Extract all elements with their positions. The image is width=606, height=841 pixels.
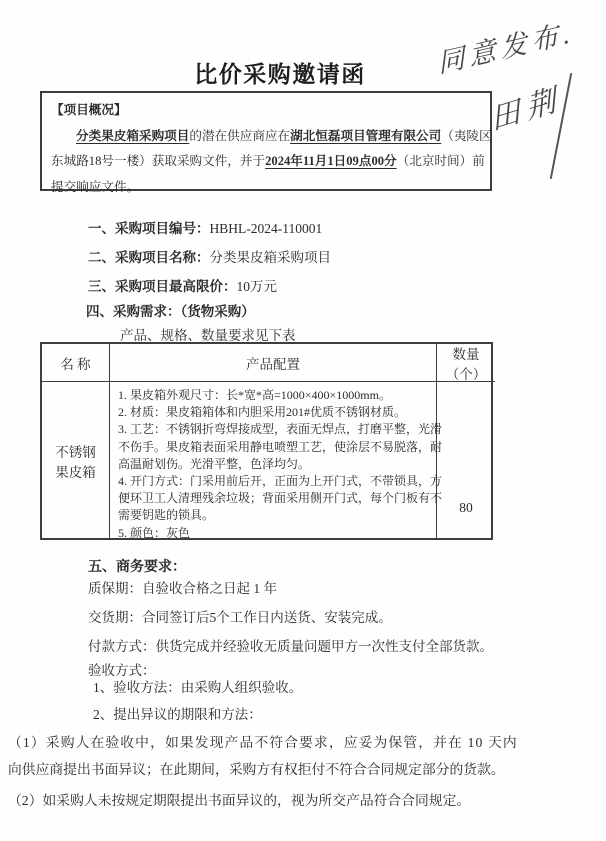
header-qty-line1: 数量 (453, 343, 480, 363)
item-price-limit: 三、采购项目最高限价：10万元 (88, 275, 277, 295)
quantity-value: 80 (459, 500, 473, 516)
acceptance-method-line: 1、验收方法：由采购人组织验收。 (93, 676, 302, 696)
objection-heading: 2、提出异议的期限和方法： (93, 703, 262, 723)
objection-line-1: （1）采购人在验收中，如果发现产品不符合要求，应妥为保管，并在 10 天内 (8, 731, 518, 751)
row-config-cell: 1. 果皮箱外观尺寸：长*宽*高=1000×400×1000mm。 2. 材质：… (110, 382, 437, 540)
header-name: 名 称 (42, 344, 110, 382)
header-name-text: 名 称 (60, 353, 90, 373)
objection-line-3: （2）如采购人未按规定期限提出书面异议的，视为所交产品符合合同规定。 (8, 789, 470, 809)
item-table-note: 产品、规格、数量要求见下表 (120, 324, 296, 344)
project-name-underlined: 分类果皮箱采购项目 (76, 129, 189, 143)
header-qty-line2: （个） (446, 363, 487, 383)
item-project-number: 一、采购项目编号：HBHL-2024-110001 (88, 217, 322, 237)
warranty-line: 质保期：自验收合格之日起 1 年 (88, 577, 277, 597)
item-project-name: 二、采购项目名称：分类果皮箱采购项目 (88, 246, 331, 266)
agency-name-underlined: 湖北恒磊项目管理有限公司 (290, 129, 441, 143)
config-line: 高温耐划伤。光滑平整，色泽均匀。 (118, 456, 310, 473)
delivery-line: 交货期：合同签订后5个工作日内送货、安装完成。 (88, 606, 392, 626)
config-line: 需要钥匙的锁具。 (118, 507, 214, 524)
spec-table: 名 称 产品配置 数量 （个） 不锈钢 果皮箱 1. 果皮箱外观尺寸：长*宽*高… (40, 342, 493, 540)
project-overview-box: 【项目概况】 分类果皮箱采购项目的潜在供应商应在湖北恒磊项目管理有限公司（夷陵区… (40, 91, 492, 191)
overview-text: 的潜在供应商应在 (189, 129, 290, 143)
overview-line-3: 提交响应文件。 (51, 175, 481, 201)
header-config: 产品配置 (110, 344, 437, 382)
product-name-line2: 果皮箱 (55, 461, 96, 481)
item-label: 三、采购项目最高限价： (88, 279, 237, 294)
payment-line: 付款方式：供货完成并经验收无质量问题甲方一次性支付全部货款。 (88, 635, 493, 655)
header-config-text: 产品配置 (246, 353, 300, 373)
overview-line-2: 东城路18号一楼）获取采购文件，并于2024年11月1日09点00分（北京时间）… (51, 149, 481, 175)
product-name-line1: 不锈钢 (55, 441, 96, 461)
overview-text: 东城路18号一楼）获取采购文件，并于 (51, 154, 265, 168)
config-line: 5. 颜色：灰色 (118, 525, 190, 542)
overview-text: （夷陵区 (441, 129, 491, 143)
overview-heading: 【项目概况】 (51, 98, 481, 124)
config-line: 4. 开门方式：门采用前后开，正面为上开门式，不带锁具，方 (118, 473, 442, 490)
document-page: 比价采购邀请函 同意发布. 田荆 【项目概况】 分类果皮箱采购项目的潜在供应商应… (0, 0, 606, 841)
header-qty: 数量 （个） (437, 344, 495, 382)
objection-line-2: 向供应商提出书面异议；在此期间，采购方有权拒付不符合合同规定部分的货款。 (8, 758, 505, 778)
row-name-cell: 不锈钢 果皮箱 (42, 382, 110, 540)
config-line: 3. 工艺：不锈钢折弯焊接成型，表面无焊点，打磨平整，光滑 (118, 421, 442, 438)
item-value: HBHL-2024-110001 (210, 221, 323, 236)
config-line: 不伤手。果皮箱表面采用静电喷塑工艺，使涂层不易脱落，耐 (118, 439, 442, 456)
item-procurement-demand: 四、采购需求：（货物采购） (86, 300, 255, 320)
overview-text: （北京时间）前 (397, 154, 485, 168)
config-line: 便环卫工人清理残余垃圾；背面采用侧开门式，每个门板有不 (118, 490, 442, 507)
business-heading: 五、商务要求： (88, 556, 186, 576)
deadline-underlined: 2024年11月1日09点00分 (265, 154, 397, 168)
item-label: 一、采购项目编号： (88, 221, 210, 236)
config-line: 2. 材质：果皮箱箱体和内胆采用201#优质不锈钢材质。 (118, 404, 406, 421)
config-line: 1. 果皮箱外观尺寸：长*宽*高=1000×400×1000mm。 (118, 387, 391, 404)
overview-line-1: 分类果皮箱采购项目的潜在供应商应在湖北恒磊项目管理有限公司（夷陵区 (51, 124, 481, 150)
item-value: 10万元 (237, 279, 278, 294)
item-value: 分类果皮箱采购项目 (210, 250, 332, 265)
item-label: 二、采购项目名称： (88, 250, 210, 265)
row-qty-cell: 80 (437, 382, 495, 540)
